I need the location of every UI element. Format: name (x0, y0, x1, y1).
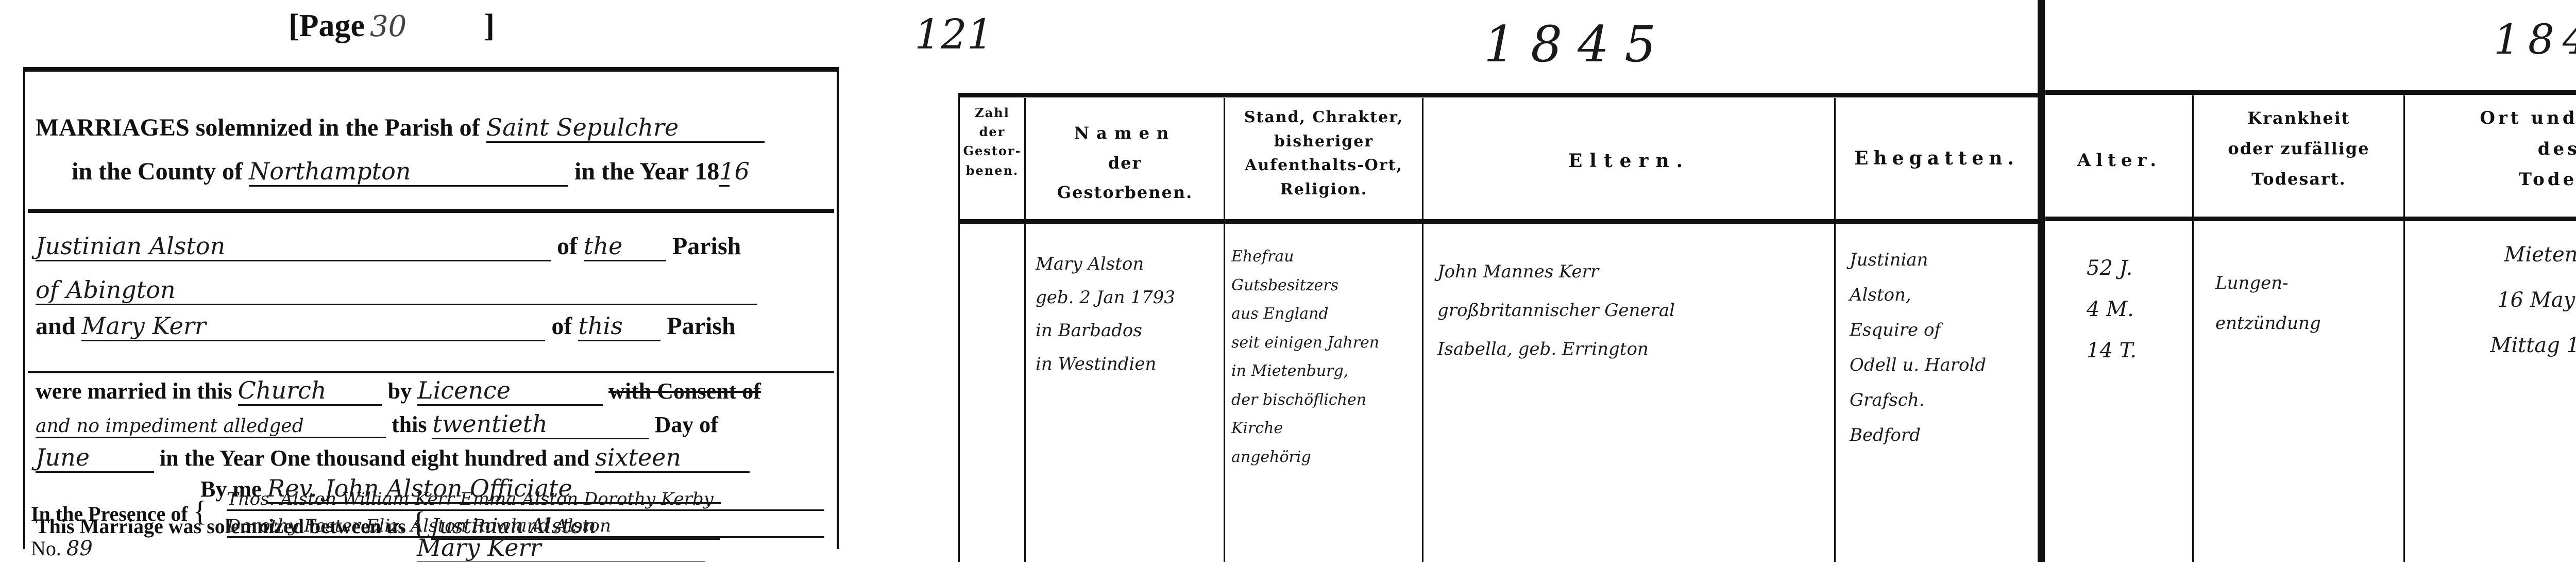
entry-status: EhefrauGutsbesitzersaus Englandseit eini… (1231, 242, 1422, 471)
consent-row: and no impediment alledged this twentiet… (36, 410, 826, 439)
married-in-label: were married in this (36, 378, 232, 404)
right-year: 1845 (2494, 15, 2576, 63)
bride-field: Mary Kerr (81, 312, 545, 341)
col-line (2403, 95, 2405, 562)
entry-death-place-time: Mietenburg16 May 1845Mittag 12½ U. (2421, 232, 2576, 368)
and-label: and (36, 312, 75, 340)
year-suffix-field: 16 (719, 157, 730, 187)
col-line (2192, 95, 2194, 562)
form-top-rule (25, 67, 837, 72)
parish-label: Parish (672, 233, 741, 260)
this-label: this (392, 412, 427, 437)
col-line (958, 93, 960, 562)
year-text: in the Year One thousand eight hundred a… (160, 445, 589, 471)
header-bottom-rule-right (2045, 217, 2576, 221)
entry-number: No. 89 (31, 536, 93, 560)
county-prefix: in the County of (72, 158, 243, 185)
month-field: June (36, 443, 154, 473)
bride-signature-row: Mary Kerr (417, 534, 826, 562)
header-age: Alter. (2046, 147, 2192, 174)
col-line (1224, 98, 1225, 562)
parish-field: Saint Sepulchre (486, 113, 765, 143)
bride-row: and Mary Kerr of this Parish (36, 312, 826, 341)
consent-label: with Consent of (608, 378, 761, 404)
col-line (1422, 98, 1423, 562)
parish-label: Parish (667, 312, 735, 340)
entry-no-value: 89 (66, 537, 93, 560)
entry-spouse: JustinianAlston,Esquire ofOdell u. Harol… (1850, 242, 2035, 453)
groom-parish-line2: of Abington (36, 276, 757, 305)
entry-parents: John Mannes Kerrgroßbritannischer Genera… (1437, 253, 1829, 368)
bride-of: of (551, 312, 572, 340)
by-label: by (388, 378, 412, 404)
page-number: 30 (370, 10, 406, 43)
page-label-text: [Page (289, 8, 365, 43)
county-row: in the County of Northampton in the Year… (72, 157, 826, 187)
header-bottom-rule-left (958, 219, 2038, 224)
presence-label: In the Presence of (31, 502, 188, 525)
year-words-field: sixteen (595, 443, 750, 473)
year-prefix: in the Year 18 (574, 158, 719, 185)
form-heading-row: MARRIAGES solemnized in the Parish of Sa… (36, 113, 826, 143)
page-gutter (2038, 0, 2045, 562)
county-field: Northampton (249, 157, 568, 187)
entry-no-label: No. (31, 537, 61, 560)
header-name: NamenderGestorbenen. (1026, 119, 1224, 208)
married-row: were married in this Church by Licence w… (36, 376, 826, 406)
day-field: twentieth (432, 410, 649, 439)
bride-signature: Mary Kerr (417, 534, 705, 562)
header-spouse: Ehegatten. (1836, 144, 2037, 173)
bride-parish-word: this (578, 312, 660, 341)
col-line (1834, 98, 1836, 562)
page-bracket: ] (484, 8, 495, 43)
form-rule (28, 371, 834, 373)
left-page-number: 121 (914, 10, 993, 58)
groom-row: Justinian Alston of the Parish (36, 232, 826, 261)
entry-age: 52 J.4 M.14 T. (2087, 247, 2190, 371)
witnesses-line-2: Dorothy Foster Eliz. Alston Rowland Alst… (227, 516, 824, 538)
header-top-rule-left (958, 93, 2038, 97)
day-of-label: Day of (654, 412, 718, 437)
married-in-field: Church (238, 376, 382, 406)
groom-parish-word: the (584, 232, 666, 261)
month-year-row: June in the Year One thousand eight hund… (36, 443, 826, 473)
witnesses-line-1: Thos. Alston William Kerr Emma Alston Do… (227, 489, 824, 511)
groom-parish-row: of Abington (36, 276, 826, 305)
consent-field: and no impediment alledged (36, 416, 386, 438)
page-label: [Page30] (289, 8, 495, 44)
entry-illness: Lungen-entzündung (2215, 263, 2401, 343)
header-number: ZahlderGestor-benen. (960, 103, 1024, 180)
groom-of: of (557, 233, 578, 260)
presence-row: In the Presence of { (31, 495, 207, 528)
header-parents: Eltern. (1424, 147, 1834, 176)
heading-prefix: MARRIAGES solemnized in the Parish of (36, 114, 480, 141)
header-status: Stand, Chrakter,bisherigerAufenthalts-Or… (1226, 106, 1422, 202)
left-year: 1845 (1484, 15, 1671, 73)
header-illness: Krankheitoder zufälligeTodesart. (2194, 103, 2403, 195)
groom-field: Justinian Alston (36, 232, 551, 261)
header-death-place-time: Ort und ZeitdesTodes. (2405, 103, 2576, 195)
entry-name: Mary Alstongeb. 2 Jan 1793in Barbadosin … (1036, 247, 1221, 381)
marriage-form: MARRIAGES solemnized in the Parish of Sa… (23, 67, 839, 549)
by-field: Licence (417, 376, 603, 406)
col-line (1024, 98, 1026, 562)
form-divider (28, 209, 834, 213)
header-top-rule-right (2045, 90, 2576, 95)
